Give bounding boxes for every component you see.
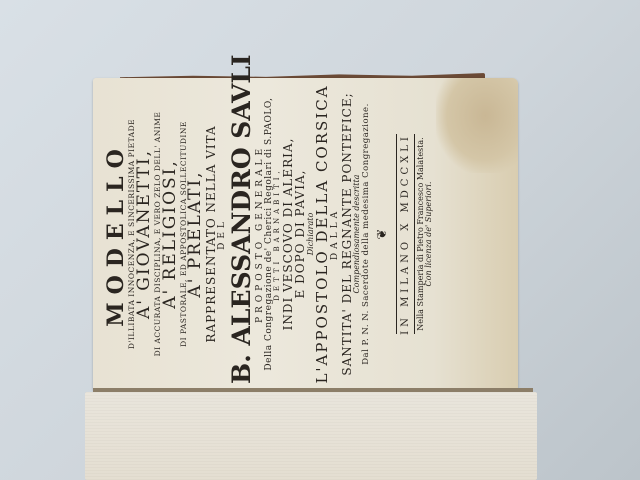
title-modello: MODELLO <box>105 84 128 384</box>
place-date: IN MILANO X MDCCXLI <box>401 84 412 384</box>
printer-ornament-icon: ❦ <box>376 84 390 384</box>
heading-religiosi: A' RELIGIOSI, <box>162 84 180 384</box>
subject-name: B. ALESSANDRO SAVLI <box>229 84 255 384</box>
heading-corsica: L'APPOSTOLO DELLA CORSICA <box>315 84 331 384</box>
text-line: Dal P. N. N. Sacerdote della medesima Co… <box>362 84 371 384</box>
imprint-line: Con licenza de' Superiori. <box>425 84 433 384</box>
divider-rule <box>414 134 415 334</box>
text-line: DEL <box>218 84 227 384</box>
title-page-text: MODELLO D'ILLIBATA INNOCENZA, E SINCERIS… <box>95 84 515 384</box>
text-line: RAPPRESENTATO NELLA VITA <box>205 84 218 384</box>
heading-giovanetti: A' GIOVANETTI, <box>136 84 154 384</box>
heading-prelati: A' PRELATI, <box>187 84 205 384</box>
facing-blank-page <box>85 392 537 480</box>
divider-rule <box>396 134 397 334</box>
